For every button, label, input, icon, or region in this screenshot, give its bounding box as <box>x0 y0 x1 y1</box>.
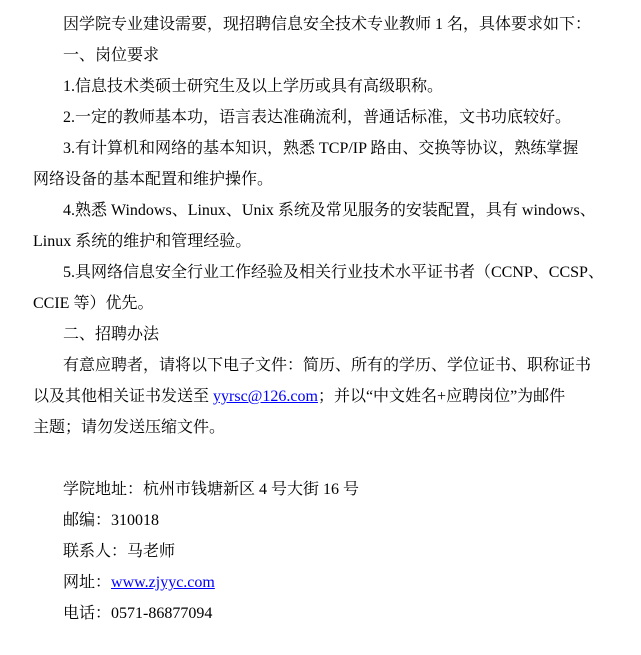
text-segment: 二、招聘办法 <box>63 326 159 343</box>
requirement-3-line-1: 3.有计算机和网络的基本知识，熟悉 TCP/IP 路由、交换等协议，熟练掌握 <box>33 133 613 164</box>
text-segment: 2.一定的教师基本功，语言表达准确流利，普通话标准，文书功底较好。 <box>63 109 571 126</box>
text-segment: 以及其他相关证书发送至 <box>33 388 213 405</box>
text-segment: Linux 系统的维护和管理经验。 <box>33 233 251 250</box>
contact-person-line: 联系人：马老师 <box>33 536 613 567</box>
address-line: 学院地址：杭州市钱塘新区 4 号大街 16 号 <box>33 474 613 505</box>
website-line: 网址：www.zjyyc.com <box>33 567 613 598</box>
text-segment: 因学院专业建设需要，现招聘信息安全技术专业教师 1 名，具体要求如下： <box>63 16 591 33</box>
application-instructions-line-3: 主题；请勿发送压缩文件。 <box>33 412 613 443</box>
text-segment: 4.熟悉 Windows、Linux、Unix 系统及常见服务的安装配置，具有 … <box>63 202 596 219</box>
requirement-3-line-2: 网络设备的基本配置和维护操作。 <box>33 164 613 195</box>
intro-line: 因学院专业建设需要，现招聘信息安全技术专业教师 1 名，具体要求如下： <box>33 9 613 40</box>
requirement-1: 1.信息技术类硕士研究生及以上学历或具有高级职称。 <box>33 71 613 102</box>
document-body: 因学院专业建设需要，现招聘信息安全技术专业教师 1 名，具体要求如下：一、岗位要… <box>0 0 641 655</box>
text-segment: 主题；请勿发送压缩文件。 <box>33 419 225 436</box>
text-segment: 有意应聘者，请将以下电子文件：简历、所有的学历、学位证书、职称证书 <box>63 357 591 374</box>
text-segment: 5.具网络信息安全行业工作经验及相关行业技术水平证书者（CCNP、CCSP、 <box>63 264 604 281</box>
text-segment: 一、岗位要求 <box>63 47 159 64</box>
requirement-2: 2.一定的教师基本功，语言表达准确流利，普通话标准，文书功底较好。 <box>33 102 613 133</box>
application-instructions-line-2: 以及其他相关证书发送至 yyrsc@126.com；并以“中文姓名+应聘岗位”为… <box>33 381 613 412</box>
postcode-line: 邮编：310018 <box>33 505 613 536</box>
text-segment: 1.信息技术类硕士研究生及以上学历或具有高级职称。 <box>63 78 443 95</box>
website-link[interactable]: www.zjyyc.com <box>111 574 215 591</box>
text-segment: 学院地址：杭州市钱塘新区 4 号大街 16 号 <box>63 481 359 498</box>
text-segment: CCIE 等）优先。 <box>33 295 153 312</box>
requirement-5-line-1: 5.具网络信息安全行业工作经验及相关行业技术水平证书者（CCNP、CCSP、 <box>33 257 613 288</box>
requirement-4-line-1: 4.熟悉 Windows、Linux、Unix 系统及常见服务的安装配置，具有 … <box>33 195 613 226</box>
text-segment: 联系人：马老师 <box>63 543 175 560</box>
email-link[interactable]: yyrsc@126.com <box>213 388 318 405</box>
text-segment: ；并以“中文姓名+应聘岗位”为邮件 <box>318 388 565 405</box>
blank-line <box>33 443 613 474</box>
application-instructions-line-1: 有意应聘者，请将以下电子文件：简历、所有的学历、学位证书、职称证书 <box>33 350 613 381</box>
text-segment: 3.有计算机和网络的基本知识，熟悉 TCP/IP 路由、交换等协议，熟练掌握 <box>63 140 578 157</box>
text-segment: 电话：0571-86877094 <box>63 605 212 622</box>
requirement-4-line-2: Linux 系统的维护和管理经验。 <box>33 226 613 257</box>
text-segment: 网络设备的基本配置和维护操作。 <box>33 171 273 188</box>
section-2-heading: 二、招聘办法 <box>33 319 613 350</box>
requirement-5-line-2: CCIE 等）优先。 <box>33 288 613 319</box>
section-1-heading: 一、岗位要求 <box>33 40 613 71</box>
text-segment: 邮编：310018 <box>63 512 159 529</box>
text-segment: 网址： <box>63 574 111 591</box>
phone-line: 电话：0571-86877094 <box>33 598 613 629</box>
